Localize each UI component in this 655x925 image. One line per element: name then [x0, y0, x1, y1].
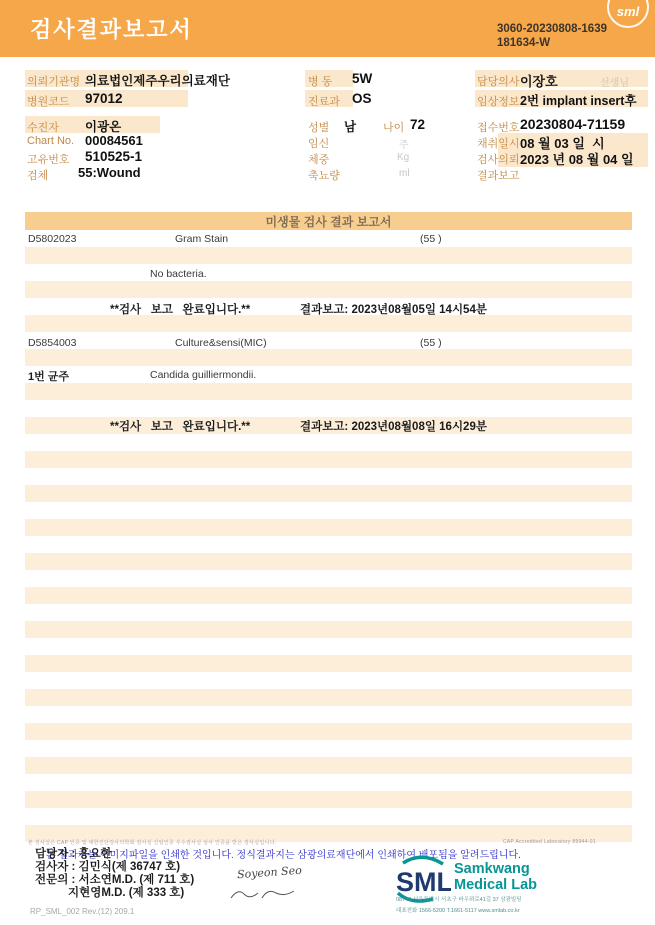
test2-report-time: 결과보고: 2023년08월08일 16시29분 — [300, 418, 487, 434]
test2-strain-label: 1번 균주 — [28, 368, 69, 384]
lab-name-line1: Samkwang — [454, 861, 537, 877]
document-number-line2: 181634-W — [497, 36, 607, 50]
label-weight: 체중 — [308, 151, 329, 167]
report-header: 검사결과보고서 3060-20230808-1639 181634-W sml — [0, 0, 655, 57]
value-specimen: 55:Wound — [78, 165, 141, 180]
value-department: OS — [352, 91, 372, 106]
sml-circle-logo-icon: sml — [607, 0, 649, 28]
lab-name: Samkwang Medical Lab — [454, 861, 537, 893]
label-department: 진료과 — [308, 93, 340, 109]
label-clinical-info: 임상정보 — [477, 93, 520, 109]
label-chart-no: Chart No. — [27, 135, 74, 147]
label-requesting-org: 의뢰기관명 — [27, 73, 80, 89]
value-requested: 2023 년 08 월 04 일 — [520, 149, 634, 168]
test1-name: Gram Stain — [175, 233, 228, 245]
test1-result: No bacteria. — [150, 268, 207, 280]
lab-address-line1: 08743 서울특별시 서초구 바우뫼로41길 37 삼광빌딩 — [396, 895, 522, 906]
value-receipt-no: 20230804-71159 — [520, 116, 625, 132]
lab-address-line2: 대표전화 1566-5200 T.1661-5117 www.smlab.co.… — [396, 906, 522, 917]
label-urine: 축뇨량 — [308, 167, 340, 183]
test2-specimen: (55 ) — [420, 337, 442, 349]
label-patient: 수진자 — [27, 119, 59, 135]
label-collected: 채취일시 — [477, 135, 520, 151]
document-number: 3060-20230808-1639 181634-W — [497, 22, 607, 50]
test1-specimen: (55 ) — [420, 233, 442, 245]
label-hospital-code: 병원코드 — [27, 93, 70, 109]
value-clinical-info: 2번 implant insert후 — [520, 91, 637, 109]
label-doctor: 담당의사 — [477, 73, 520, 89]
label-unique-no: 고유번호 — [27, 151, 70, 167]
label-sex: 성별 — [308, 119, 329, 135]
label-receipt-no: 접수번호 — [477, 119, 520, 135]
test1-code: D5802023 — [28, 233, 76, 245]
signature-soyeon: Soyeon Seo — [237, 864, 303, 881]
label-reported: 결과보고 — [477, 167, 520, 183]
lab-address: 08743 서울특별시 서초구 바우뫼로41길 37 삼광빌딩 대표전화 156… — [396, 895, 522, 917]
document-number-line1: 3060-20230808-1639 — [497, 22, 607, 36]
value-ward: 5W — [352, 71, 372, 86]
value-doctor: 이장호 — [520, 71, 558, 90]
label-specimen: 검체 — [27, 167, 48, 183]
value-age: 72 — [410, 117, 425, 132]
signature2-icon — [228, 884, 298, 906]
specialist2-line: 지현영M.D. (제 333 호) — [68, 884, 184, 900]
label-requested: 검사의뢰 — [477, 151, 520, 167]
value-unique-no: 510525-1 — [85, 149, 142, 164]
unit-weight: Kg — [397, 152, 409, 163]
svg-text:SML: SML — [396, 867, 451, 897]
unit-pregnancy: 주 — [399, 136, 409, 151]
test2-strain: Candida guilliermondii. — [150, 369, 256, 381]
value-chart-no: 00084561 — [85, 133, 143, 148]
sml-circle-logo-text: sml — [617, 4, 639, 19]
label-ward: 병 동 — [308, 73, 332, 89]
value-hospital-code: 97012 — [85, 91, 123, 106]
page-title: 검사결과보고서 — [30, 13, 193, 44]
test2-name: Culture&sensi(MIC) — [175, 337, 267, 349]
test1-report-time: 결과보고: 2023년08월05일 14시54분 — [300, 301, 487, 317]
label-age: 나이 — [383, 119, 404, 135]
cap-accreditation-text: CAP Accredited Laboratory 89944-01 — [503, 839, 596, 845]
test1-complete-note: **검사 보고 완료입니다.** — [110, 301, 250, 317]
value-requesting-org: 의료법인제주우리의료재단 — [85, 71, 230, 89]
doctor-suffix: 선생님 — [600, 74, 629, 89]
results-striped-area — [25, 230, 632, 844]
form-number: RP_SML_002 Rev.(12) 209.1 — [30, 907, 134, 916]
results-section-header: 미생물 검사 결과 보고서 — [25, 212, 632, 230]
lab-report-page: 검사결과보고서 3060-20230808-1639 181634-W sml … — [0, 0, 655, 925]
unit-urine: ml — [399, 168, 410, 179]
test2-code: D5854003 — [28, 337, 76, 349]
value-sex: 남 — [344, 117, 356, 135]
label-pregnancy: 임신 — [308, 135, 329, 151]
lab-name-line2: Medical Lab — [454, 877, 537, 893]
test2-complete-note: **검사 보고 완료입니다.** — [110, 418, 250, 434]
